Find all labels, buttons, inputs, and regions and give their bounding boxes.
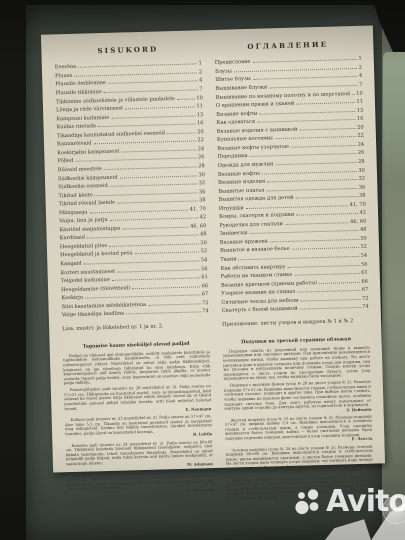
dot-leader	[112, 273, 200, 281]
body-paragraph: Valgepõhjaline padi (muster nr. 21 mustr…	[66, 469, 214, 496]
toc-entry-label: Pluuse	[55, 73, 72, 81]
toc-entry-page: 16	[197, 120, 204, 127]
toc-entry-page: 67	[362, 287, 369, 294]
estonian-section-heading: Tagumise kaane siseküljel olevad padjad	[63, 342, 210, 351]
toc-entry-page: 72	[362, 295, 369, 302]
toc-entry-page: 46, 60	[190, 223, 206, 231]
russian-toc-title: ОГЛАВЛЕНИЕ	[214, 39, 361, 52]
toc-entry-label: Занавески	[220, 230, 248, 238]
toc-entry-label: Игрушки	[219, 205, 244, 213]
toc-entry-page: 72	[202, 300, 209, 307]
paragraph-text: Подушки сшиты из шерстяной или шелковой …	[223, 346, 371, 381]
toc-entry-page: 61	[361, 270, 368, 277]
dot-leader	[110, 213, 198, 221]
dot-leader	[296, 209, 357, 216]
dot-leader	[300, 294, 360, 301]
contents-page: SISUKORD Eessõna 1 Pluuse 2	[41, 25, 385, 472]
toc-entry-page: 66	[201, 283, 208, 290]
toc-entry-page: 2	[359, 65, 362, 72]
dot-leader	[122, 222, 188, 229]
toc-entry-page: 13	[197, 112, 204, 119]
dot-leader	[296, 98, 354, 105]
toc-entry-page: 32	[199, 180, 206, 187]
toc-entry-page: 30	[198, 172, 205, 179]
toc-entry-page: 22	[357, 133, 364, 140]
toc-entry-page: 36	[199, 189, 206, 196]
dot-leader	[270, 234, 359, 242]
toc-entry-label: Valge tikandiga laudlina	[62, 311, 125, 320]
toc-entry-page: 52	[360, 244, 367, 251]
body-paragraph: Padjad on viimasel ajal elutoamööblile, …	[63, 350, 211, 386]
toc-entry-page: 4	[199, 78, 202, 85]
russian-section-heading: Подушки на третьей странице обложки	[223, 337, 370, 346]
toc-entry-page: 10	[196, 95, 203, 102]
toc-entry-page: 30	[358, 167, 365, 174]
estonian-paragraphs: Padjad on viimasel ajal elutoamööblile, …	[63, 350, 214, 496]
toc-entry-page: 22	[197, 138, 204, 145]
dot-leader	[125, 102, 195, 109]
toc-entry-page: 28	[358, 159, 365, 166]
dot-leader	[275, 158, 356, 166]
toc-entry-page: 1	[198, 61, 201, 68]
toc-entry-page: 74	[202, 308, 209, 315]
toc-entry-label: Eessõna	[55, 64, 77, 72]
toc-entry-page: 32	[359, 176, 366, 183]
toc-entry-page: 11	[356, 99, 363, 106]
toc-entry-page: 41, 70	[350, 201, 366, 209]
paragraph-text: Желтая подушка (узор № 23 на листе узоро…	[225, 414, 372, 440]
dot-leader	[111, 111, 195, 119]
shiny-tape-circle	[382, 496, 405, 524]
body-paragraph: Подушки сшиты из шерстяной или шелковой …	[223, 346, 371, 382]
estonian-appendix-note: Lisa: mustri- ja lõikelehed nr. 1 ja nr.…	[62, 323, 209, 333]
russian-notes-section: Подушки на третьей странице обложки Поду…	[223, 337, 375, 505]
paragraph-text: Padjad on viimasel ajal elutoamööblile, …	[63, 350, 211, 385]
dot-leader	[126, 307, 200, 314]
estonian-toc-list: Eessõna 1 Pluuse 2 Pluusile õmblemine	[55, 59, 209, 319]
body-paragraph: Rohelise padi (muster nr. 24 mustrilehel…	[65, 440, 213, 471]
toc-entry-page: 28	[198, 163, 205, 170]
toc-entry-page: 4	[359, 73, 362, 80]
toc-entry-label: Põlled	[57, 158, 73, 166]
toc-entry-page: 50	[360, 236, 367, 243]
russian-paragraphs: Подушки сшиты из шерстяной или шелковой …	[223, 346, 374, 506]
toc-entry-label: Rõivaid meestele	[58, 166, 102, 174]
estonian-column: SISUKORD Eessõna 1 Pluuse 2	[54, 41, 214, 512]
toc-entry-page: 38	[359, 193, 366, 200]
toc-entry-page: 20	[357, 125, 364, 132]
dot-leader	[167, 128, 195, 134]
dot-leader	[291, 243, 358, 250]
toc-entry-label: Вышитые платья	[218, 187, 264, 195]
toc-entry-page: 11	[196, 103, 203, 110]
dot-leader	[135, 247, 199, 254]
toc-entry-page: 24	[358, 142, 365, 149]
dot-leader	[287, 260, 359, 267]
dot-leader	[285, 218, 348, 225]
toc-entry-label: Pluusile õmblemine	[55, 80, 106, 89]
toc-entry-label: Вязание кофты	[216, 110, 257, 118]
toc-entry-page: 52	[201, 249, 208, 256]
dot-leader	[299, 123, 355, 130]
body-paragraph: Желтая подушка (узор № 23 на листе узоро…	[225, 414, 373, 445]
toc-entry-label: Вязаные изделия	[218, 179, 265, 187]
toc-entry-page: 26	[198, 155, 205, 162]
toc-entry-page: 48	[360, 227, 367, 234]
dot-leader	[119, 171, 196, 179]
dot-leader	[269, 81, 357, 89]
dot-leader	[319, 277, 359, 284]
toc-entry-label: Mänguasju	[59, 209, 88, 217]
toc-entry-page: 74	[362, 304, 369, 311]
dot-leader	[295, 192, 357, 199]
toc-entry-page: 24	[198, 146, 205, 153]
toc-entry-page: 20	[197, 129, 204, 136]
estonian-notes-section: Tagumise kaane siseküljel olevad padjad …	[63, 342, 214, 497]
dot-leader	[132, 282, 199, 289]
toc-entry-page: 10	[356, 90, 363, 97]
toc-entry-page: 2	[199, 69, 202, 76]
dot-leader	[78, 59, 196, 68]
toc-entry-page: 16	[357, 116, 364, 123]
body-paragraph: Подушка с красным фоном (узор № 28 на ли…	[224, 380, 372, 416]
dot-leader	[297, 286, 360, 293]
toc-entry-page: 46, 60	[350, 218, 366, 226]
torn-paper-edge	[383, 52, 405, 180]
toc-entry-page: 48	[200, 232, 207, 239]
dot-leader	[108, 76, 197, 84]
dot-leader	[177, 94, 195, 100]
dot-leader	[110, 179, 197, 187]
toc-entry-page: 67	[202, 291, 209, 298]
toc-entry-page: 26	[358, 150, 365, 157]
toc-entry-label: Передники	[217, 153, 247, 161]
dot-leader	[148, 299, 200, 306]
toc-entry-label: Rannarõivaid	[57, 141, 92, 149]
toc-entry-page: 56	[361, 261, 368, 268]
estonian-toc-title: SISUKORD	[54, 43, 201, 56]
toc-entry-page: 54	[361, 253, 368, 260]
dot-leader	[104, 162, 196, 170]
dot-leader	[299, 303, 360, 310]
toc-entry-label: Ткани	[220, 256, 237, 264]
toc-entry-label: Kardinaid	[60, 235, 86, 243]
toc-entry-page: 13	[357, 107, 364, 114]
toc-entry-page: 61	[201, 274, 208, 281]
dot-leader	[109, 239, 198, 247]
body-paragraph: Зеленая подушка (узор № 24 на листе узор…	[226, 444, 374, 475]
dot-leader	[291, 140, 356, 147]
toc-entry-label: Telgedel kudumine	[61, 277, 110, 286]
dot-leader	[267, 175, 357, 183]
dot-leader	[275, 132, 356, 140]
toc-entry-page: 7	[199, 86, 202, 93]
dot-leader	[351, 89, 354, 94]
toc-entry-page: 1	[358, 56, 361, 63]
body-paragraph: Punasepõhjalise padi (muster nr. 28 must…	[64, 384, 212, 415]
toc-entry-label: Kuidas riietuda	[56, 123, 96, 131]
russian-toc-list: Предисловие 1 Блузы 2 Шитье блузы	[215, 55, 369, 315]
russian-column: ОГЛАВЛЕНИЕ Предисловие 1 Блузы 2	[214, 37, 374, 508]
toc-entry-page: 54	[201, 257, 208, 264]
toc-entry-page: 7	[359, 82, 362, 89]
russian-appendix-note: Приложение: листы узоров и выкроек № 1 и…	[222, 318, 369, 328]
toc-entry-label: Как одеваться	[216, 119, 255, 127]
toc-entry-page: 42	[359, 210, 366, 217]
toc-entry-label: Вязаные кружева	[220, 238, 268, 246]
toc-entry-page: 56	[201, 266, 208, 273]
dot-leader	[294, 269, 359, 276]
toc-entry-label: Vaipu, linu ja patju	[59, 217, 108, 226]
toc-entry-page: 66	[361, 278, 368, 285]
body-paragraph: Kollane padi (muster nr. 23 mustrilehel …	[65, 414, 213, 441]
dot-leader	[117, 265, 199, 273]
dot-leader	[266, 183, 357, 191]
toc-entry-page: 50	[200, 240, 207, 247]
toc-entry-page: 38	[199, 197, 206, 204]
toc-entry-label: Блузы	[215, 68, 232, 76]
toc-entry-label: Вязаные кофты	[218, 170, 260, 178]
toc-entry-label: Heegeldatud pitse	[60, 243, 108, 251]
toc-entry-page: 42	[200, 214, 207, 221]
toc-entry-page: 36	[359, 184, 366, 191]
toc-entry-label: Вышивание блузки	[215, 84, 267, 93]
toc-entry-label: Koekirju	[61, 295, 83, 303]
dot-leader	[117, 196, 197, 204]
dot-leader	[252, 55, 356, 63]
toc-entry-label: Шитье блузы	[215, 76, 251, 84]
paragraph-text: Подушка с красным фоном (узор № 28 на ли…	[224, 380, 371, 411]
toc-entry-label: Korteri sisustamisest	[61, 268, 116, 277]
dot-leader	[121, 145, 196, 152]
toc-entry-page: 41, 70	[190, 206, 206, 214]
avito-logo-icon	[295, 489, 322, 516]
toc-entry-label: Tikitud kleite	[58, 192, 93, 200]
toc-entry-label: Kangaid	[60, 261, 82, 269]
toc-entry-label: Pluusile tikkimine	[56, 89, 103, 97]
toc-entry-label: Скатерть с белой вышивкой	[222, 306, 298, 315]
